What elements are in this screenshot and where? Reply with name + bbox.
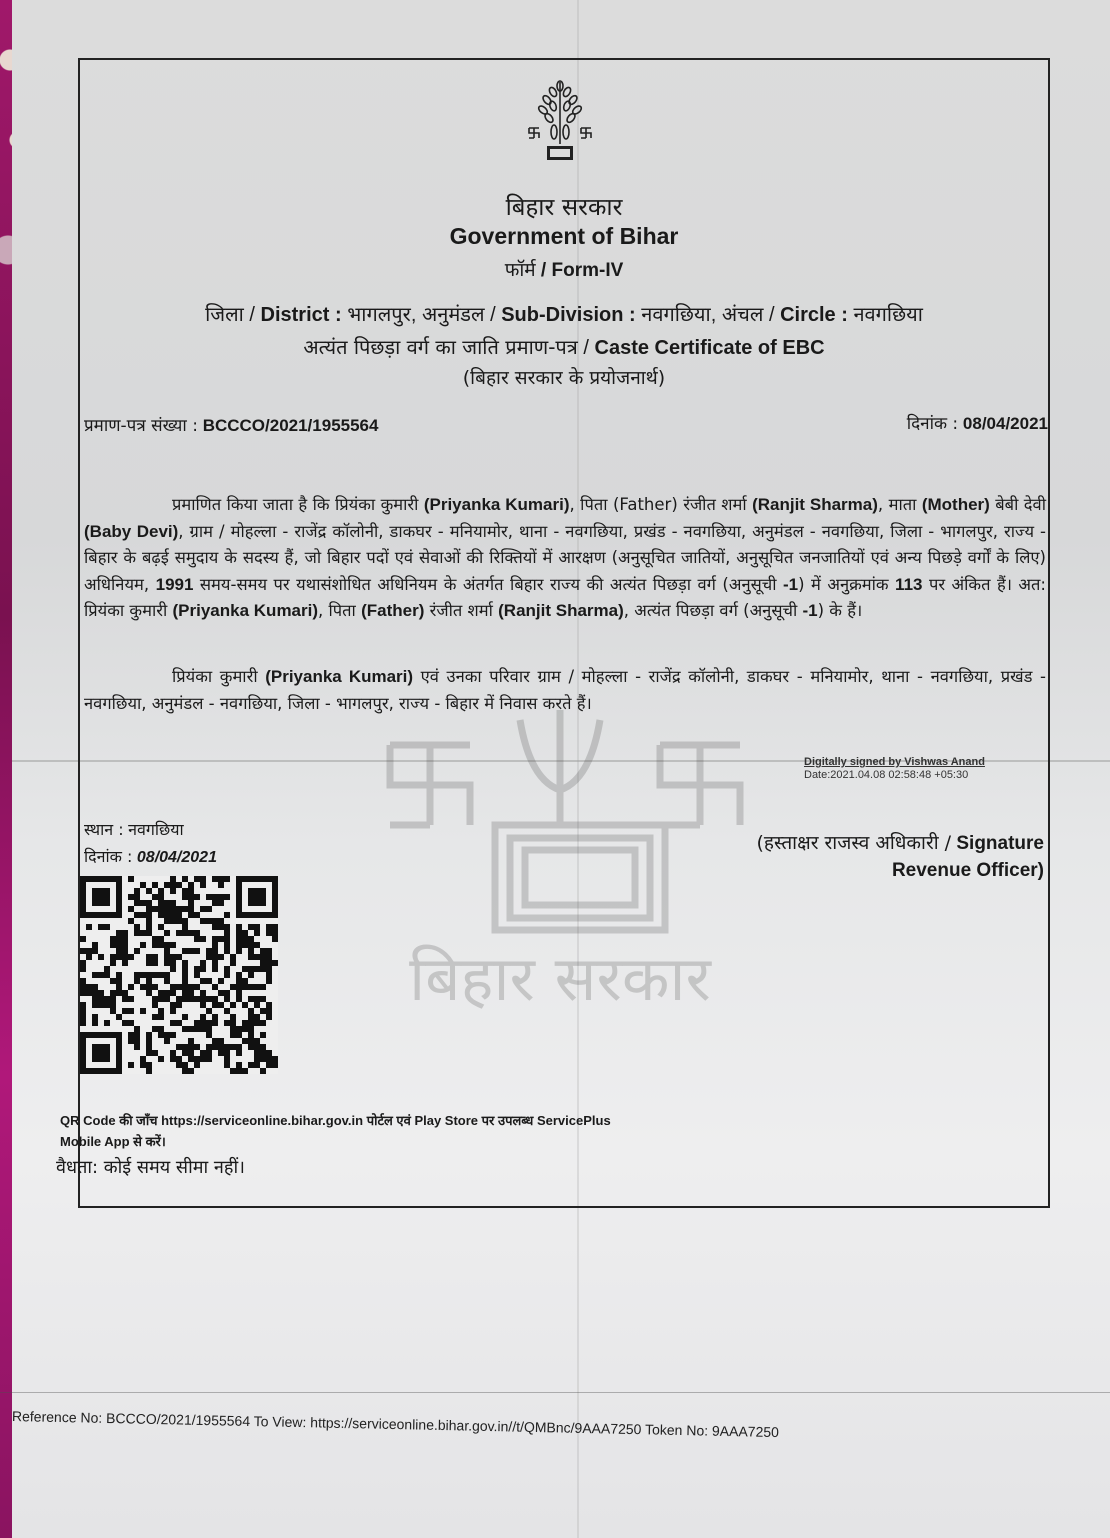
title-english: Government of Bihar [78,223,1050,250]
text-run: ) में अनुक्रमांक [798,575,895,594]
text-run: (Mother) [922,495,990,514]
jurisdiction-line: जिला / District : भागलपुर, अनुमंडल / Sub… [78,300,1050,327]
circle-label-english: Circle [780,304,836,326]
digital-signature-date: Date:2021.04.08 02:58:48 +05:30 [804,769,985,782]
district-label-hindi: जिला [205,302,244,326]
signature-label-english: Signature [956,833,1044,854]
residence-paragraph: प्रियंका कुमारी (Priyanka Kumari) एवं उन… [84,664,1046,717]
qr-note-line2: Mobile App से करें। [60,1131,611,1152]
text-run: (Father) [613,495,678,514]
qr-code-icon[interactable] [80,876,278,1074]
certificate-purpose: (बिहार सरकार के प्रयोजनार्थ) [78,364,1050,390]
form-label-english: Form-IV [552,260,624,281]
certificate-date-value: 08/04/2021 [963,414,1048,433]
bihar-bodhi-tree-emblem-icon [525,78,595,166]
certificate-number-value: BCCCO/2021/1955564 [203,416,379,435]
subdivision-label-english: Sub-Division [501,304,623,326]
signature-label-hindi: (हस्ताक्षर राजस्व अधिकारी / [756,832,951,854]
place-date-block: स्थान : नवगछिया दिनांक : 08/04/2021 [84,817,217,871]
text-run: बेबी देवी [990,495,1046,514]
signature-officer-title: Revenue Officer) [892,860,1044,881]
text-run: (Ranjit Sharma) [752,495,878,514]
text-run: (Priyanka Kumari) [265,667,413,686]
digital-signature-signer: Digitally signed by Vishwas Anand [804,756,985,769]
certificate-date: दिनांक : 08/04/2021 [907,411,1048,434]
qr-note-line1: QR Code की जाँच https://serviceonline.bi… [60,1110,611,1131]
text-run: (Father) [361,601,424,620]
signature-block: (हस्ताक्षर राजस्व अधिकारी / Signature Re… [756,830,1044,884]
form-label-hindi: फॉर्म [505,259,536,281]
form-number: फॉर्म / Form-IV [78,256,1050,282]
text-run: रंजीत शर्मा [424,601,498,620]
certificate-title-english: Caste Certificate of EBC [595,337,825,359]
district-value: भागलपुर [347,302,411,326]
text-run: , अत्यंत पिछड़ा वर्ग (अनुसूची [624,601,803,620]
issue-date-label: दिनांक : [84,847,132,866]
certificate-title-hindi: अत्यंत पिछड़ा वर्ग का जाति प्रमाण-पत्र [303,335,577,359]
text-run: ) के हैं। [818,601,863,620]
subdivision-value: नवगछिया [641,302,710,326]
text-run: , पिता [570,495,613,514]
title-hindi: बिहार सरकार [78,190,1050,223]
text-run: प्रियंका कुमारी [172,667,265,686]
footer-divider [0,1392,1110,1393]
text-run: (Priyanka Kumari) [424,495,570,514]
text-run: समय-समय पर यथासंशोधित अधिनियम के अंतर्गत… [193,575,783,594]
digital-signature: Digitally signed by Vishwas Anand Date:2… [804,756,985,782]
text-run: (Priyanka Kumari) [173,601,319,620]
issue-date-value: 08/04/2021 [137,849,217,866]
text-run: , पिता [318,601,361,620]
certificate-number-label: प्रमाण-पत्र संख्या : [84,416,198,436]
text-run: (Baby Devi) [84,522,178,541]
text-run: 113 [895,575,922,594]
text-run: प्रमाणित किया जाता है कि प्रियंका कुमारी [172,495,424,514]
circle-label-hindi: अंचल [722,302,764,326]
text-run: -1 [802,601,817,620]
certificate-title: अत्यंत पिछड़ा वर्ग का जाति प्रमाण-पत्र /… [78,333,1050,360]
validity-note: वैधता: कोई समय सीमा नहीं। [56,1155,245,1179]
certificate-date-label: दिनांक : [907,414,958,434]
text-run: रंजीत शर्मा [678,495,752,514]
text-run: 1991 [156,575,194,594]
text-run: (Ranjit Sharma) [498,601,624,620]
text-run: -1 [783,575,798,594]
subdivision-label-hindi: अनुमंडल [422,302,485,326]
circle-value: नवगछिया [853,302,922,326]
district-label-english: District [261,304,330,326]
place-label: स्थान : [84,820,124,839]
certificate-number: प्रमाण-पत्र संख्या : BCCCO/2021/1955564 [84,413,378,436]
certification-paragraph: प्रमाणित किया जाता है कि प्रियंका कुमारी… [84,492,1046,625]
qr-verification-note: QR Code की जाँच https://serviceonline.bi… [60,1110,611,1152]
text-run: , माता [878,495,922,514]
place-value: नवगछिया [128,820,184,839]
